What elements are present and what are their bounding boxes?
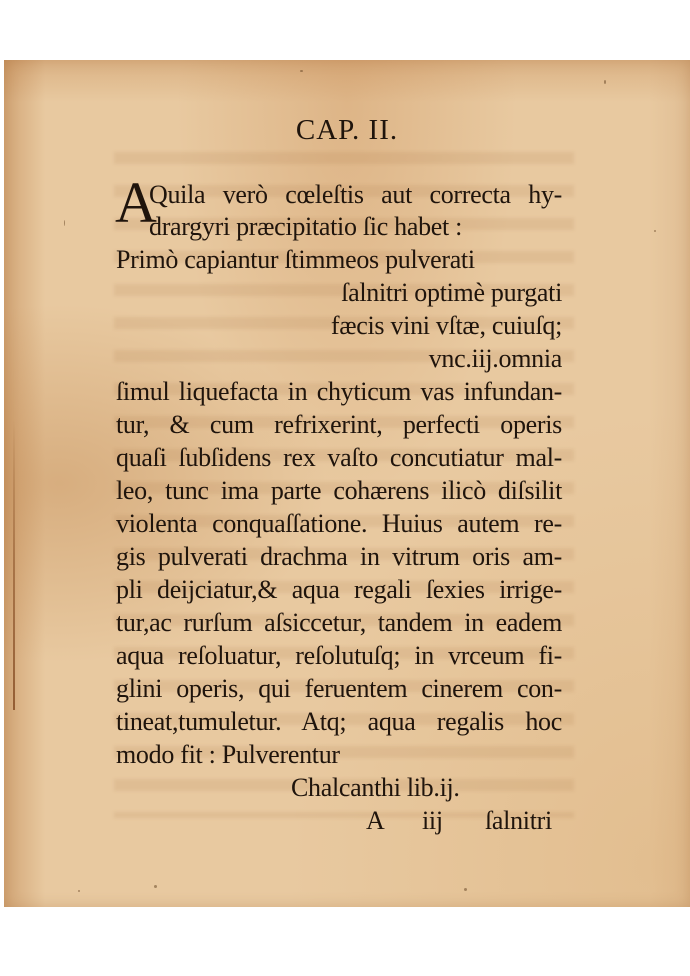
recipe-line: Chalcanthi lib.ij. — [291, 771, 460, 804]
text-line: Quila verò cœleſtis aut correcta hy- — [149, 178, 562, 211]
recipe-line: fæcis vini vſtæ, cuiuſq; — [116, 309, 562, 342]
text-line: tineat,tumuletur. Atq; aqua regalis hoc — [116, 705, 562, 738]
text-line: violenta conquaſſatione. Huius autem re- — [116, 507, 562, 540]
page-edge-stain — [13, 420, 15, 710]
recipe-line: ſalnitri optimè purgati — [116, 276, 562, 309]
chapter-heading: CAP. II. — [4, 114, 690, 147]
paper-speck — [64, 220, 65, 226]
text-line: modo fit : Pulverentur — [116, 738, 562, 771]
catchword: ſalnitri — [485, 804, 552, 837]
paper-speck — [78, 890, 80, 892]
text-line: drargyri præcipitatio ſic habet : — [149, 210, 449, 243]
paper-speck — [654, 230, 656, 232]
text-line: ſimul liquefacta in chyticum vas infunda… — [116, 375, 562, 408]
book-page: CAP. II. A Quila verò cœleſtis aut corre… — [4, 60, 690, 907]
paper-speck — [464, 888, 467, 891]
text-line: quaſi ſubſidens rex vaſto concutiatur ma… — [116, 441, 562, 474]
text-line: tur, & cum refrixerint, perfecti operis — [116, 408, 562, 441]
signature-number: iij — [422, 804, 443, 837]
text-line: tur,ac rurſum aſsiccetur, tandem in eade… — [116, 606, 562, 639]
paper-speck — [300, 70, 303, 72]
recipe-line: vnc.iij.omnia — [116, 342, 562, 375]
paper-speck — [154, 885, 157, 888]
text-line: aqua reſoluatur, reſolutuſq; in vrceum f… — [116, 639, 562, 672]
text-line: gis pulverati drachma in vitrum oris am- — [116, 540, 562, 573]
text-line: leo, tunc ima parte cohærens ilicò diſsi… — [116, 474, 562, 507]
text-line: Primò capiantur ſtimmeos pulverati — [116, 243, 562, 276]
text-line: pli deijciatur,& aqua regali ſexies irri… — [116, 573, 562, 606]
signature-mark: A — [366, 804, 384, 837]
paper-speck — [604, 80, 606, 84]
text-line: glini operis, qui feruentem cinerem con- — [116, 672, 562, 705]
